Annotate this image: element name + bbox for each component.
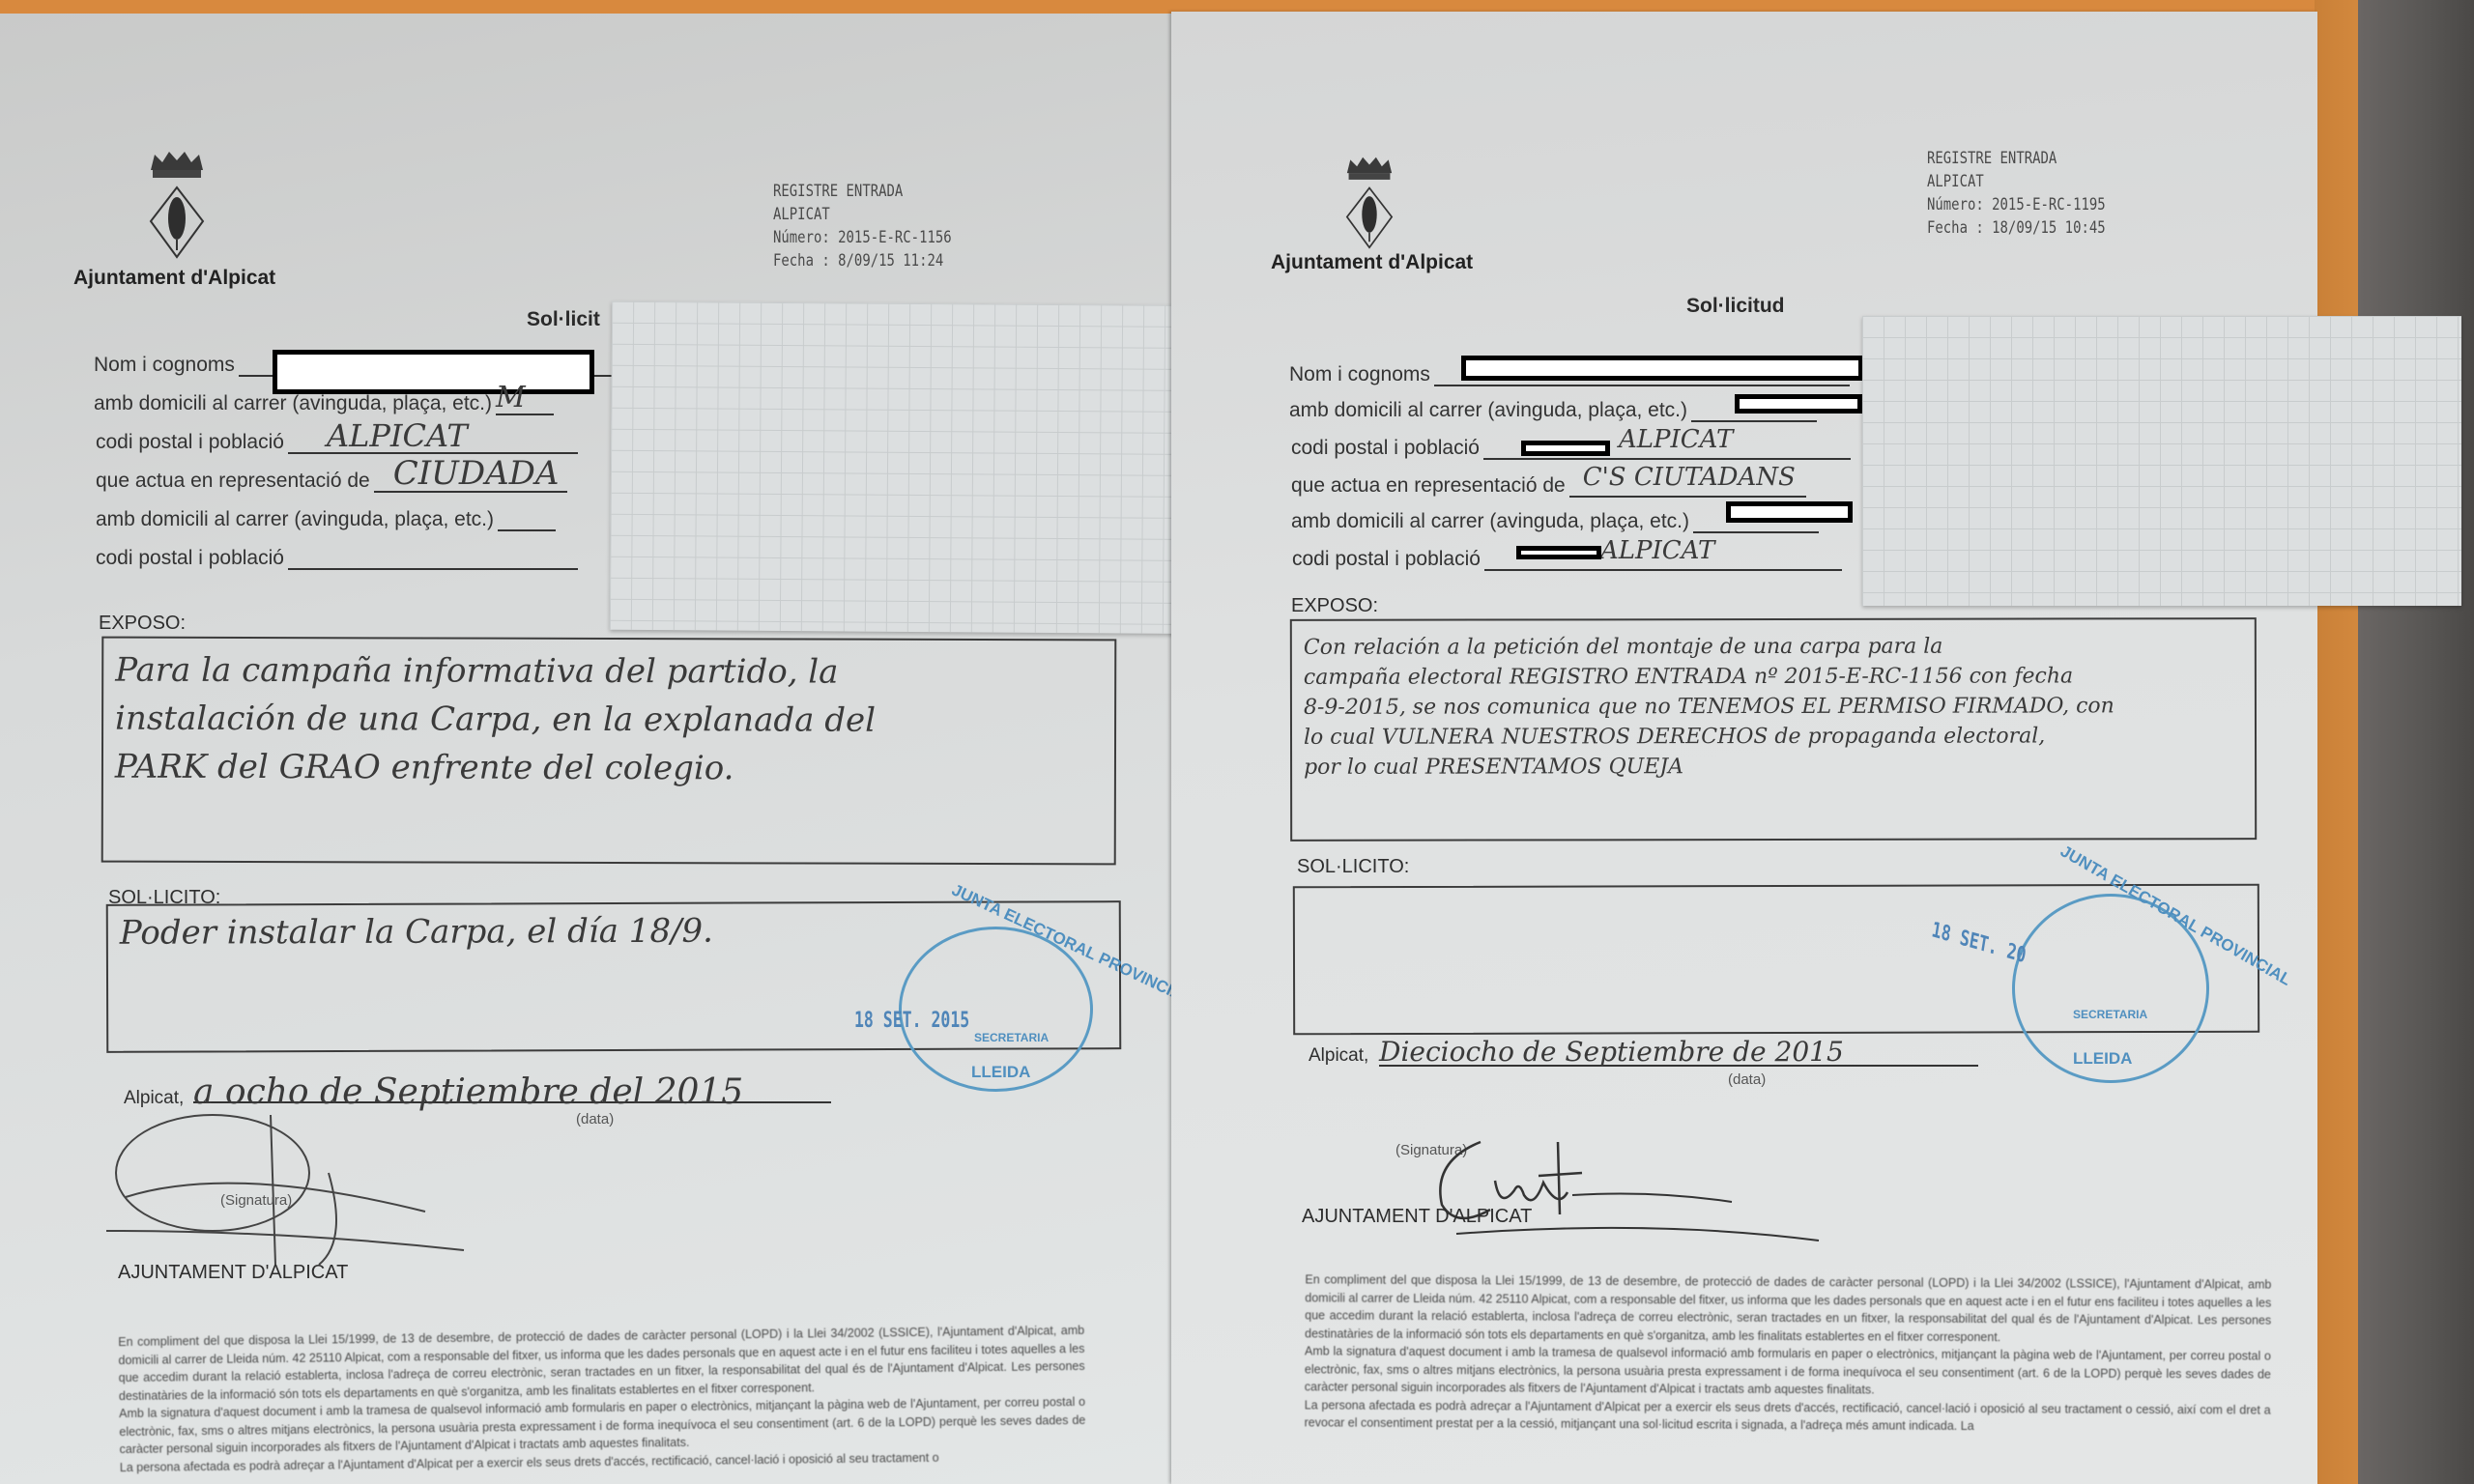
- document-left: Ajuntament d'Alpicat REGISTRE ENTRADAALP…: [0, 14, 1177, 1484]
- grid-paper-note: [610, 301, 1230, 634]
- electoral-board-seal: JUNTA ELECTORAL PROVINCIAL SECRETARIA LL…: [2012, 894, 2209, 1083]
- redaction-box: [1726, 501, 1853, 523]
- date-caption: (data): [1728, 1071, 1766, 1088]
- field-postal: codi postal i poblacióALPICAT: [96, 431, 578, 454]
- signature-scribble-icon: [97, 1105, 541, 1270]
- exposo-label: EXPOSO:: [99, 613, 186, 635]
- footer-entity: AJUNTAMENT D'ALPICAT: [1302, 1206, 1532, 1228]
- field-representing: que actua en representació deCIUDADA: [96, 470, 567, 493]
- exposo-box: Con relación a la petición del montaje d…: [1290, 617, 2257, 842]
- municipality-name: Ajuntament d'Alpicat: [1271, 251, 1473, 274]
- date-caption: (data): [576, 1111, 614, 1127]
- redaction-box: [1516, 546, 1601, 559]
- exposo-label: EXPOSO:: [1291, 595, 1378, 617]
- registry-stamp: REGISTRE ENTRADAALPICATNúmero: 2015-E-RC…: [773, 180, 952, 272]
- date-line: a ocho de Septiembre del 2015: [193, 1101, 831, 1103]
- redaction-box: [273, 350, 594, 394]
- registry-stamp: REGISTRE ENTRADAALPICATNúmero: 2015-E-RC…: [1927, 147, 2106, 240]
- field-representing: que actua en representació deC'S CIUTADA…: [1291, 474, 1806, 498]
- redaction-box: [1461, 356, 1863, 381]
- seal-date: 18 SET. 2015: [854, 1009, 969, 1033]
- privacy-notice: En compliment del que disposa la Llei 15…: [1305, 1270, 2272, 1437]
- redaction-box: [1521, 441, 1610, 456]
- privacy-notice: En compliment del que disposa la Llei 15…: [118, 1322, 1086, 1476]
- place-label: Alpicat,: [1309, 1045, 1368, 1067]
- field-address-2: amb domicili al carrer (avinguda, plaça,…: [96, 508, 556, 531]
- document-right: Ajuntament d'Alpicat REGISTRE ENTRADAALP…: [1171, 12, 2317, 1484]
- form-title: Sol·licitud: [1686, 295, 1785, 318]
- sollicito-label: SOL·LICITO:: [1297, 856, 1409, 878]
- municipality-name: Ajuntament d'Alpicat: [73, 267, 275, 290]
- field-postal-2: codi postal i població: [96, 547, 578, 570]
- footer-entity: AJUNTAMENT D'ALPICAT: [118, 1262, 348, 1284]
- coat-of-arms-icon: [1340, 152, 1398, 253]
- form-title: Sol·licit: [527, 308, 600, 331]
- date-line: Dieciocho de Septiembre de 2015: [1379, 1065, 1978, 1067]
- coat-of-arms-icon: [143, 149, 211, 260]
- redaction-box: [1735, 394, 1862, 414]
- exposo-box: Para la campaña informativa del partido,…: [101, 637, 1117, 866]
- signature-caption: (Signatura): [220, 1192, 292, 1209]
- grid-paper-note: [1862, 316, 2461, 606]
- floor-background: [2358, 0, 2474, 1484]
- signature-scribble-icon: [1413, 1123, 1954, 1248]
- field-address: amb domicili al carrer (avinguda, plaça,…: [94, 392, 554, 415]
